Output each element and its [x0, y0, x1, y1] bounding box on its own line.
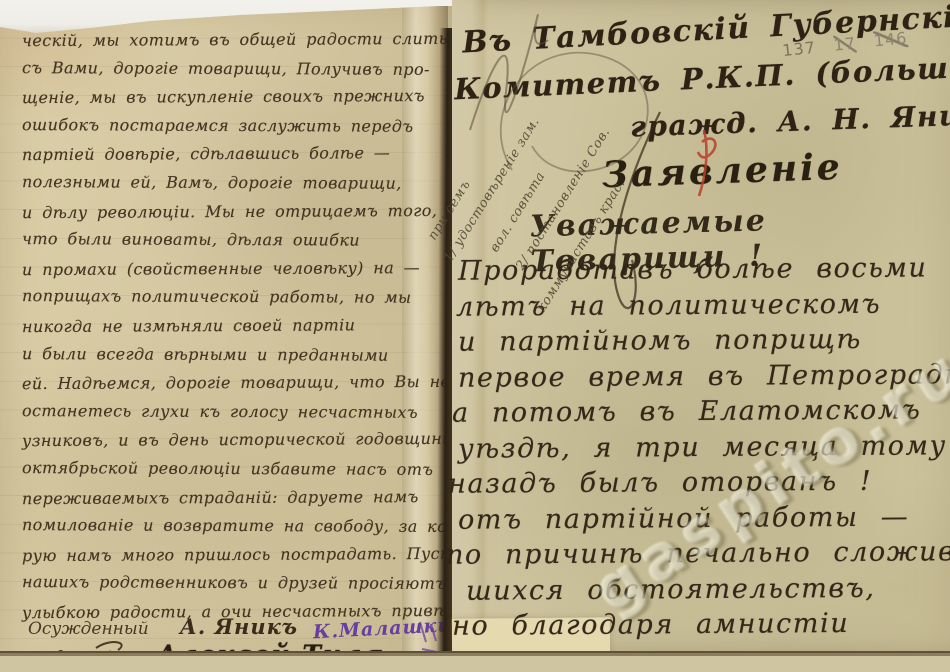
handwritten-line: ошибокъ постараемся заслужить передъ	[22, 111, 448, 141]
handwritten-line: ей. Надѣемся, дорогіе товарищи, что Вы н…	[22, 368, 448, 399]
right-page-body: Проработавъ болѣе восьми — лѣтъ на полит…	[458, 252, 950, 643]
signature-label: Осужденный	[28, 619, 149, 639]
handwritten-line: щеніе, мы въ искупленіе своихъ прежнихъ	[22, 82, 448, 113]
handwritten-line: октябрьской революціи избавите насъ отъ	[22, 454, 448, 484]
signature-name-ink: А. Яникъ	[180, 614, 298, 639]
handwritten-line: никогда не измѣняли своей партіи	[22, 311, 448, 342]
handwritten-line: шихся обстоятельствъ,	[466, 570, 950, 609]
sender-line: гражд. А. Н. Яника	[630, 98, 950, 144]
handwritten-line: но благодаря амнистіи	[452, 605, 950, 644]
document-scan: день ческій, мы хотимъ въ общей радости …	[0, 0, 950, 672]
right-page: Въ Тамбовскій Губернскій Комитетъ Р.К.П.…	[452, 0, 950, 652]
document-title: Заявленіе	[601, 146, 843, 196]
handwritten-line: отъ партійной работы —	[458, 499, 950, 538]
folio-number-struck: 146	[873, 28, 908, 50]
handwritten-line: поприщахъ политической работы, но мы	[22, 282, 448, 312]
handwritten-line: партіей довѣріе, сдѣлавшись болѣе —	[22, 139, 448, 170]
handwritten-line: лѣтъ на политическомъ	[456, 286, 950, 325]
handwritten-line: помилованіе и возвратите на свободу, за …	[22, 511, 448, 541]
handwritten-line: уѣздѣ, я три месяца тому	[458, 428, 950, 467]
handwritten-line: что были виноваты, дѣлая ошибки	[22, 225, 448, 255]
underlying-page-edge	[0, 651, 950, 672]
handwritten-line: и партійномъ поприщѣ	[458, 321, 950, 360]
inserted-word: день	[62, 8, 98, 26]
handwritten-line: ческій, мы хотимъ въ общей радости слить…	[22, 25, 448, 56]
handwritten-line: а потомъ въ Елатомскомъ	[452, 392, 950, 431]
handwritten-line: по причинѣ печально сложив-	[446, 534, 950, 573]
handwritten-line: нашихъ родственниковъ и друзей просіяютъ…	[22, 568, 448, 598]
handwritten-line: переживаемыхъ страданій: даруете намъ	[22, 482, 448, 513]
left-page: день ческій, мы хотимъ въ общей радости …	[0, 0, 452, 672]
handwritten-line: и дѣлу революціи. Мы не отрицаемъ того,	[22, 196, 448, 227]
handwritten-line: и были всегда вѣрными и преданными	[22, 340, 448, 370]
handwritten-line: узниковъ, и въ день исторической годовщи…	[22, 425, 448, 456]
handwritten-line: съ Вами, дорогіе товарищи, Получивъ про-	[22, 54, 448, 84]
folio-number: 137	[781, 38, 816, 60]
handwritten-line: полезными ей, Вамъ, дорогіе товарищи,	[22, 168, 448, 198]
handwritten-line: останетесь глухи къ голосу несчастныхъ	[22, 397, 448, 427]
handwritten-line: и промахи (свойственные человѣку) на —	[22, 254, 448, 285]
handwritten-line: рую намъ много пришлось пострадать. Пуст…	[22, 540, 448, 571]
left-page-body: ческій, мы хотимъ въ общей радости слить…	[22, 26, 448, 626]
handwritten-line: первое время въ Петроградѣ —	[458, 357, 950, 396]
folio-number-struck: 17	[833, 34, 857, 55]
signature-row-1: Осужденный А. Яникъ К.Малашкинъ	[28, 614, 482, 639]
handwritten-line: назадъ былъ оторванъ !	[448, 463, 950, 502]
